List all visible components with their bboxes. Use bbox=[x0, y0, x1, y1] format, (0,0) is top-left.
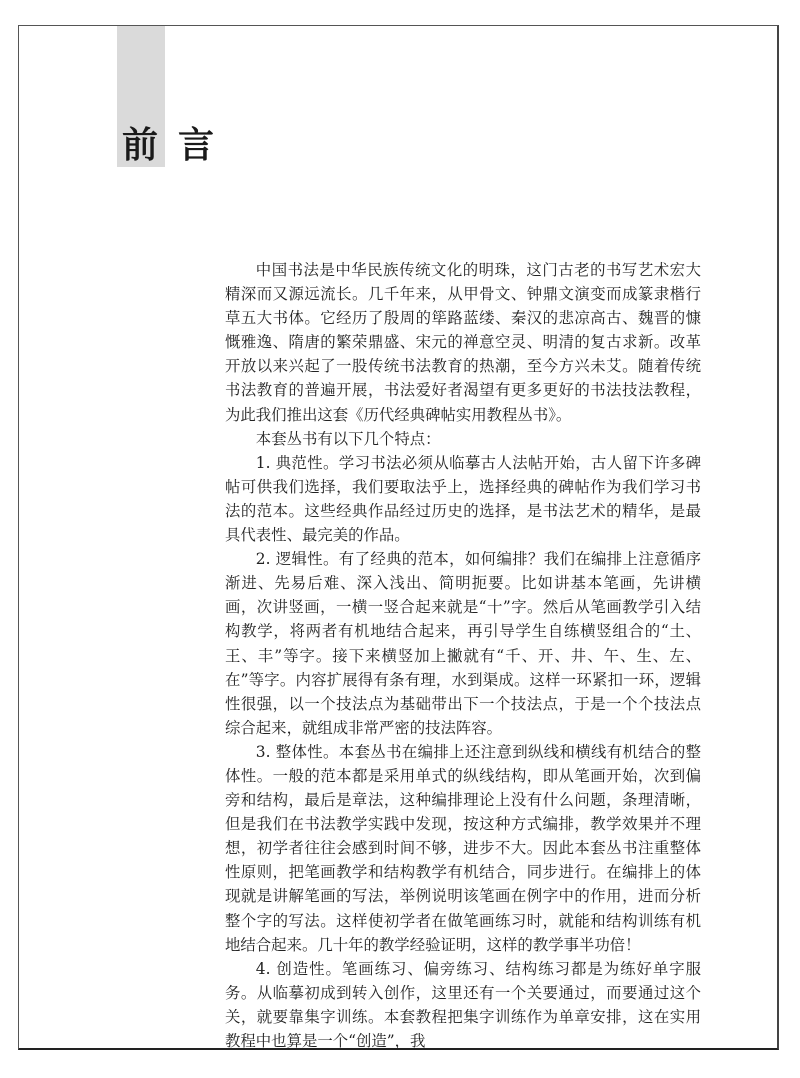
paragraph-feature-1: 1. 典范性。学习书法必须从临摹古人法帖开始，古人留下许多碑帖可供我们选择，我们… bbox=[225, 451, 701, 547]
paragraph-feature-3: 3. 整体性。本套丛书在编排上还注意到纵线和横线有机结合的整体性。一般的范本都是… bbox=[225, 740, 701, 957]
paragraph-feature-4: 4. 创造性。笔画练习、偏旁练习、结构练习都是为练好单字服务。从临摹初成到转入创… bbox=[225, 957, 701, 1053]
paragraph-feature-2: 2. 逻辑性。有了经典的范本，如何编排？我们在编排上注意循序渐进、先易后难、深入… bbox=[225, 547, 701, 740]
paragraph-features-lead: 本套丛书有以下几个特点： bbox=[225, 427, 701, 451]
paragraph-intro: 中国书法是中华民族传统文化的明珠，这门古老的书写艺术宏大精深而又源远流长。几千年… bbox=[225, 258, 701, 427]
body-text: 中国书法是中华民族传统文化的明珠，这门古老的书写艺术宏大精深而又源远流长。几千年… bbox=[225, 258, 701, 1053]
page-title: 前言 bbox=[122, 124, 234, 166]
